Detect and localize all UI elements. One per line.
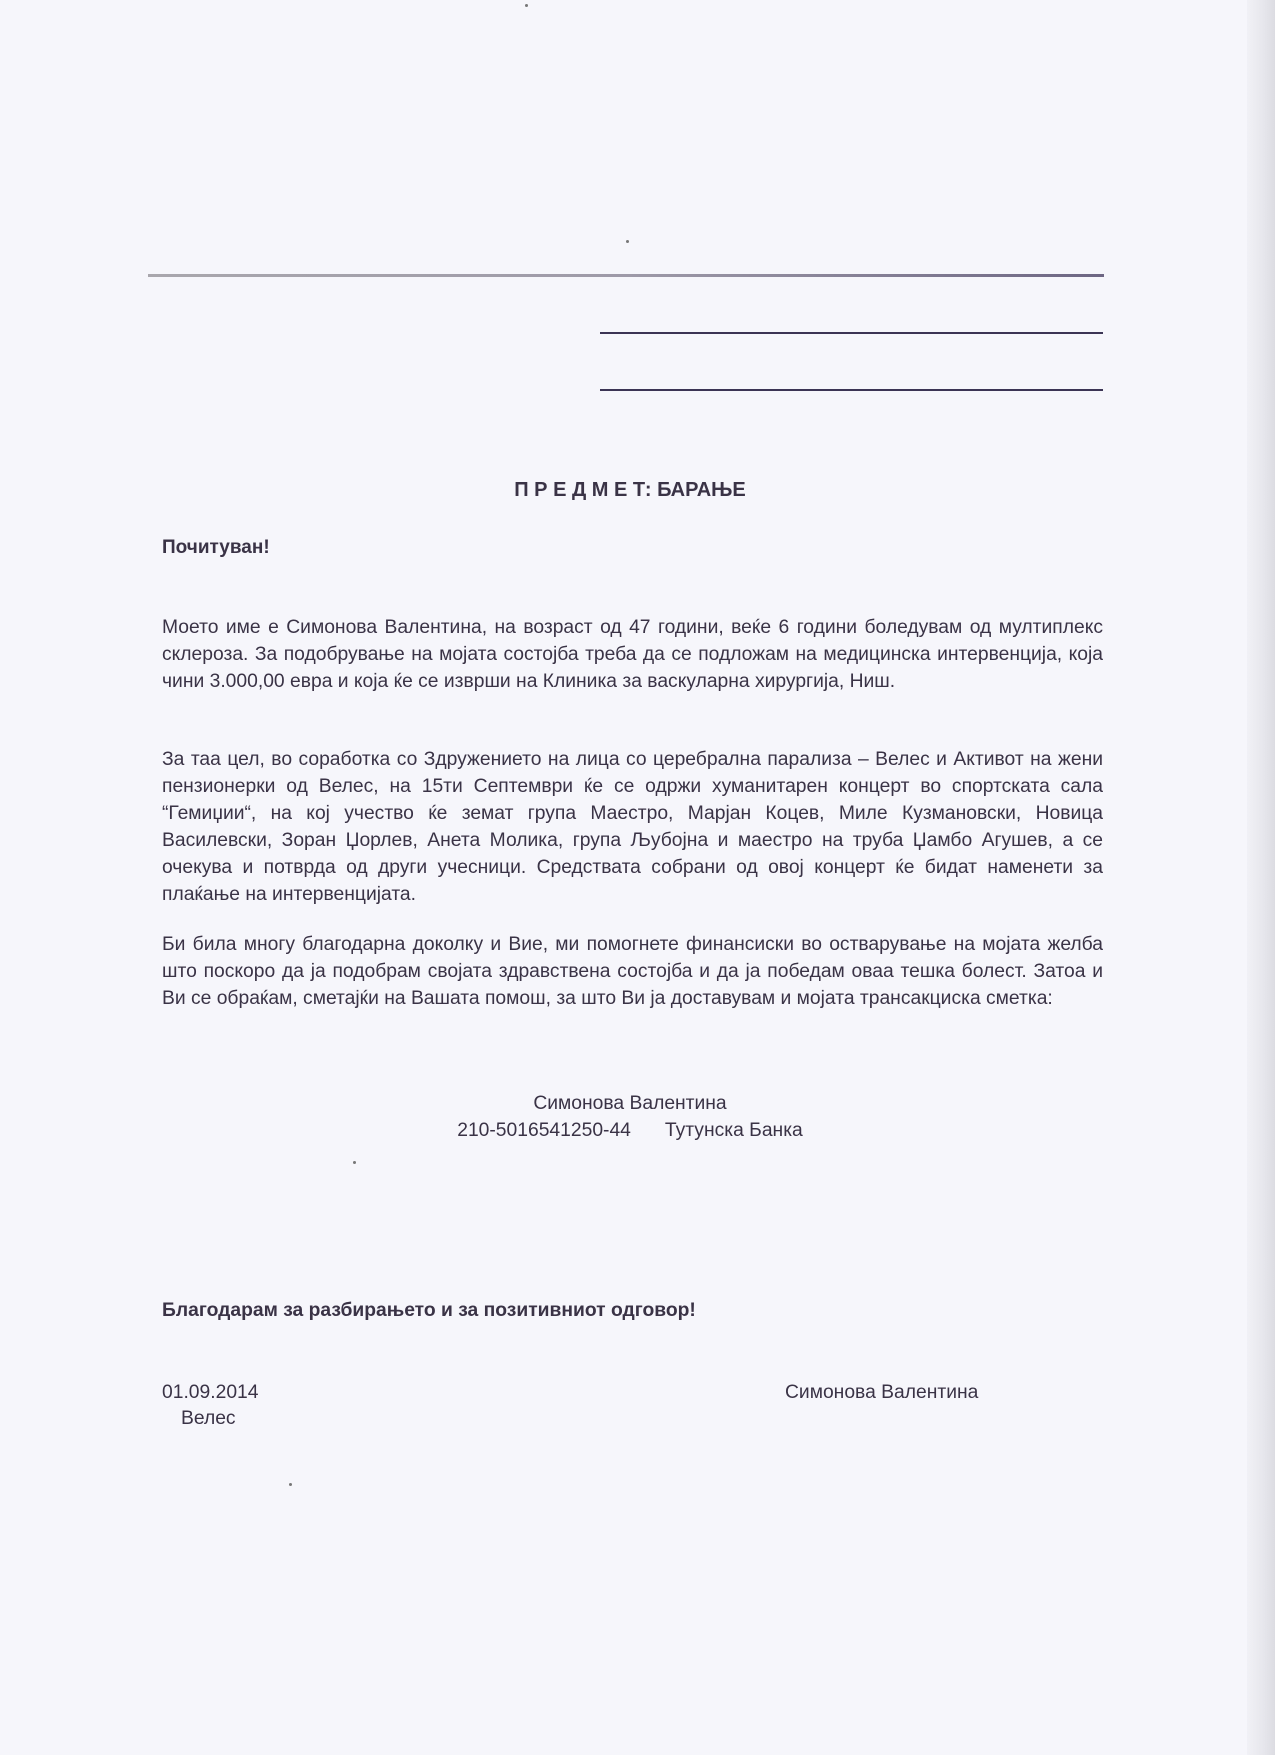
letter-city: Велес <box>181 1408 236 1430</box>
paragraph-request: Би била многу благодарна доколку и Вие, … <box>162 931 1103 1012</box>
paragraph-intro: Моето име е Симонова Валентина, на возра… <box>162 614 1103 695</box>
scanned-page-edge <box>1247 0 1275 1755</box>
scan-speck <box>626 240 629 243</box>
paragraph-concert: За таа цел, во соработка со Здружението … <box>162 746 1103 908</box>
letter-date: 01.09.2014 <box>162 1382 259 1404</box>
bank-name: Тутунска Банка <box>665 1120 803 1141</box>
bank-account-block: Симонова Валентина 210-5016541250-44Туту… <box>0 1090 1260 1144</box>
signature-name: Симонова Валентина <box>785 1382 978 1404</box>
account-holder: Симонова Валентина <box>0 1090 1260 1117</box>
subject-title: П Р Е Д М Е Т: БАРАЊЕ <box>0 479 1260 502</box>
account-number: 210-5016541250-44 <box>457 1120 631 1141</box>
closing-line: Благодарам за разбирањето и за позитивни… <box>162 1300 696 1322</box>
header-rule <box>148 274 1104 277</box>
account-details: 210-5016541250-44Тутунска Банка <box>0 1117 1260 1144</box>
scan-speck <box>525 4 528 7</box>
scan-speck <box>289 1483 292 1486</box>
recipient-line-2 <box>600 389 1103 391</box>
greeting: Почитуван! <box>162 537 270 559</box>
scan-speck <box>353 1161 356 1164</box>
recipient-line-1 <box>600 332 1103 334</box>
